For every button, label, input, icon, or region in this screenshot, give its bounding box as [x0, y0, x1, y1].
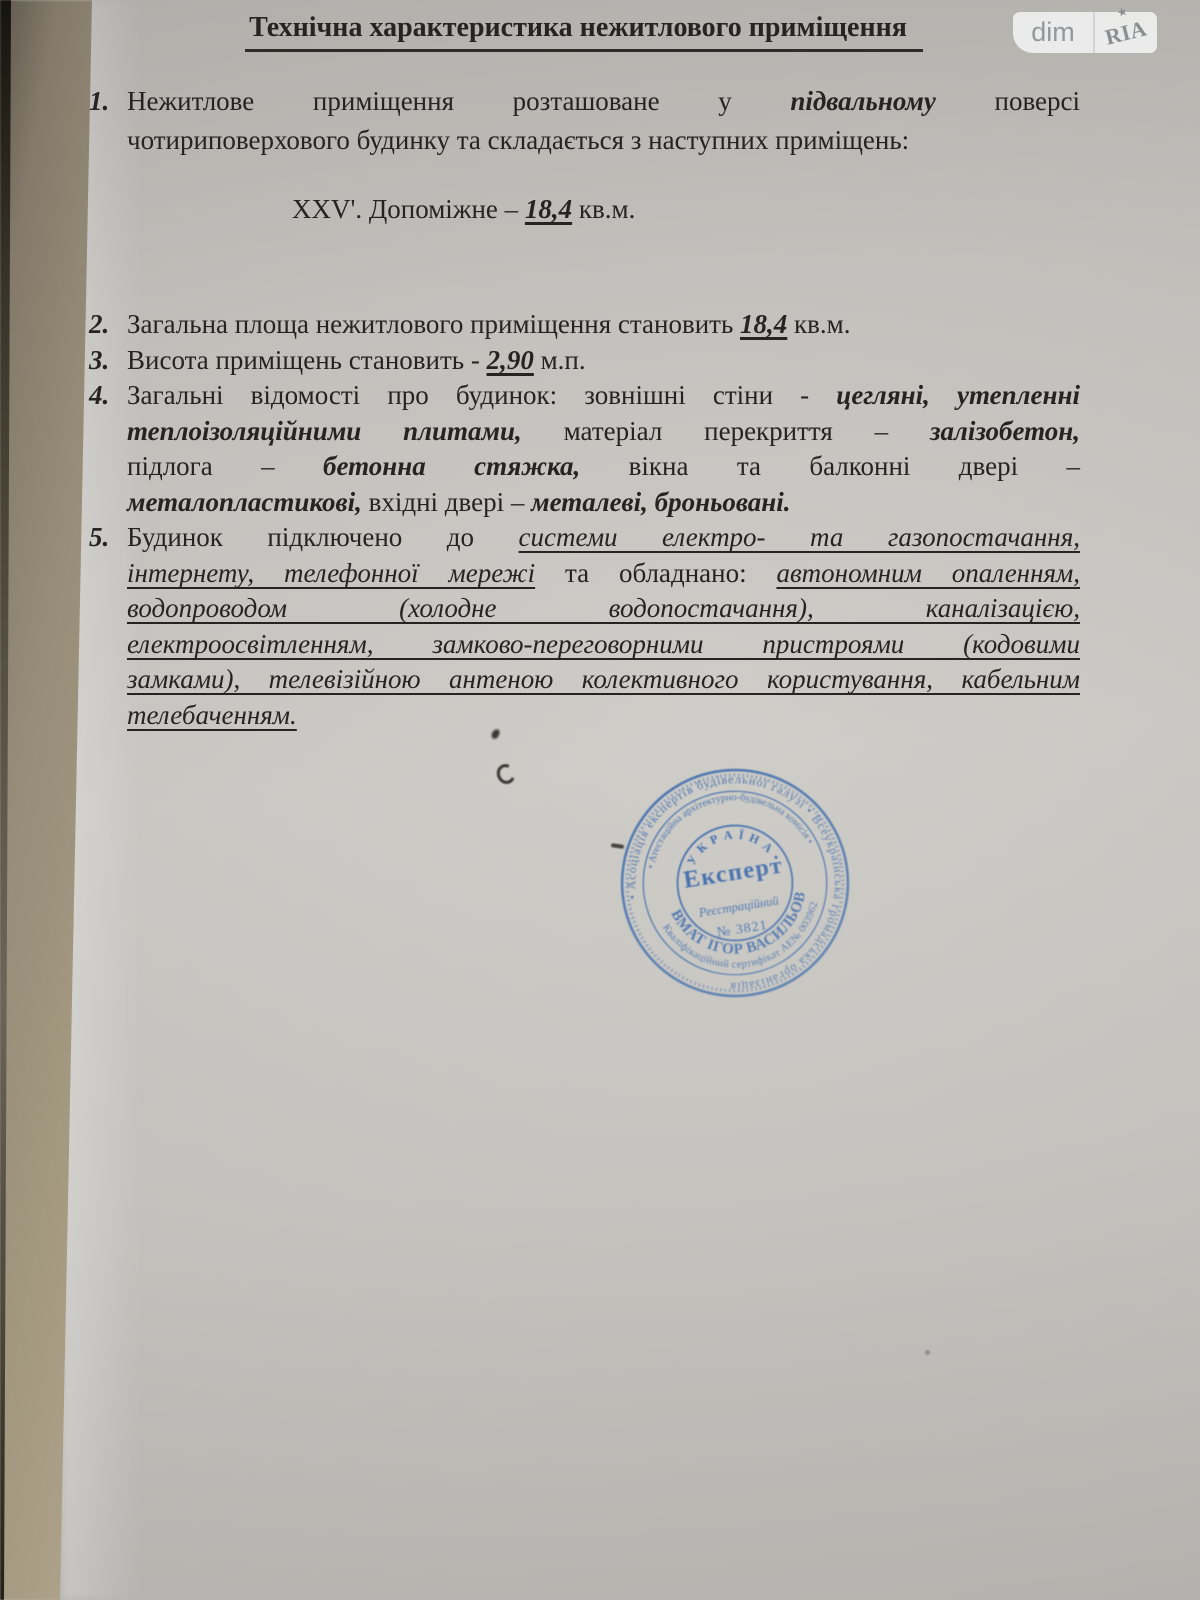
- dim-logo-text: dim: [1013, 12, 1095, 53]
- stamp-registration-label: Реєстраційний: [697, 894, 780, 921]
- item-number: 5.: [88, 520, 127, 733]
- text-segment: вікна та балконні двері –: [580, 451, 1080, 481]
- item-number: 3.: [88, 343, 127, 379]
- text-segment: цегляні, утепленні: [836, 380, 1080, 410]
- document-text-block: Технічна характеристика нежитлового прим…: [88, 10, 1080, 733]
- text-line: підлога – бетонна стяжка, вікна та балко…: [127, 449, 1080, 485]
- text-line: інтернету, телефонної мережі та обладнан…: [127, 556, 1080, 592]
- text-segment: автономним опаленням,: [776, 558, 1080, 588]
- text-segment: поверсі: [936, 86, 1080, 116]
- text-segment: Загальна площа нежитлового приміщення ст…: [127, 309, 740, 339]
- page-title: Технічна характеристика нежитлового прим…: [88, 10, 1080, 52]
- item-body: Нежитлове приміщення розташоване у підва…: [127, 82, 1080, 307]
- text-segment: Нежитлове приміщення розташоване у: [127, 86, 790, 116]
- item-body: Будинок підключено до системи електро- т…: [127, 520, 1080, 733]
- item-number: 4.: [88, 378, 127, 520]
- text-segment: Загальні відомості про будинок: зовнішні…: [127, 380, 836, 410]
- doc-item: 1.Нежитлове приміщення розташоване у під…: [88, 82, 1080, 307]
- text-segment: чотириповерхового будинку та складається…: [127, 125, 909, 155]
- text-line: водопроводом (холодне водопостачання), к…: [127, 591, 1080, 627]
- text-line: металопластикові, вхідні двері – металев…: [127, 485, 1080, 521]
- text-segment: 18,4: [525, 194, 572, 224]
- ria-logo-block: ★ RIA: [1095, 12, 1157, 53]
- text-line: чотириповерхового будинку та складається…: [127, 121, 1080, 160]
- ink-speck: [494, 762, 518, 787]
- text-segment: підвальному: [790, 86, 935, 116]
- text-line: Загальна площа нежитлового приміщення ст…: [127, 307, 1080, 343]
- text-segment: 2,90: [487, 345, 534, 375]
- text-segment: теплоізоляційними плитами,: [127, 416, 522, 446]
- page-title-text: Технічна характеристика нежитлового прим…: [245, 10, 923, 52]
- item-number: 1.: [88, 82, 127, 307]
- item-body: Загальна площа нежитлового приміщення ст…: [127, 307, 1080, 343]
- text-line: теплоізоляційними плитами, матеріал пере…: [127, 414, 1080, 450]
- text-line: Загальні відомості про будинок: зовнішні…: [127, 378, 1080, 414]
- doc-item: 2.Загальна площа нежитлового приміщення …: [88, 307, 1080, 343]
- text-segment: бетонна стяжка,: [323, 451, 580, 481]
- text-segment: Будинок підключено до: [127, 522, 519, 552]
- text-line: електроосвітленням, замково-переговорним…: [127, 627, 1080, 663]
- text-segment: водопроводом (холодне водопостачання), к…: [127, 593, 1080, 623]
- doc-item: 3.Висота приміщень становить - 2,90 м.п.: [88, 343, 1080, 379]
- document-items: 1.Нежитлове приміщення розташоване у під…: [88, 82, 1080, 733]
- text-segment: телебаченням.: [127, 700, 297, 730]
- expert-round-stamp: • Асоціація експертів будівельної галузі…: [597, 745, 874, 1022]
- text-segment: матеріал перекриття –: [522, 416, 930, 446]
- text-line: Будинок підключено до системи електро- т…: [127, 520, 1080, 556]
- ink-speck: [925, 1350, 930, 1355]
- dimria-watermark-logo: dim ★ RIA: [1013, 12, 1157, 53]
- text-line: замками), телевізійною антеною колективн…: [127, 662, 1080, 698]
- text-segment: Висота приміщень становить -: [127, 345, 487, 375]
- text-line: Нежитлове приміщення розташоване у підва…: [127, 82, 1080, 121]
- text-segment: металеві, броньовані.: [531, 487, 790, 517]
- text-segment: вхідні двері –: [362, 487, 531, 517]
- text-segment: замками), телевізійною антеною колективн…: [127, 664, 1080, 694]
- doc-item: 4.Загальні відомості про будинок: зовніш…: [88, 378, 1080, 520]
- text-segment: XXV'. Допоміжне –: [292, 194, 525, 224]
- text-line: Висота приміщень становить - 2,90 м.п.: [127, 343, 1080, 379]
- text-segment: електроосвітленням, замково-переговорним…: [127, 629, 1080, 659]
- text-segment: кв.м.: [572, 194, 635, 224]
- text-segment: 18,4: [740, 309, 787, 339]
- text-segment: залізобетон,: [930, 416, 1080, 446]
- scanned-document-photo: dim ★ RIA Технічна характеристика нежитл…: [0, 0, 1200, 1600]
- text-segment: м.п.: [534, 345, 586, 375]
- item-number: 2.: [88, 307, 127, 343]
- text-segment: системи електро- та газопостачання,: [519, 522, 1080, 552]
- text-line: телебаченням.: [127, 698, 1080, 734]
- item-body: Загальні відомості про будинок: зовнішні…: [127, 378, 1080, 520]
- text-segment: металопластикові,: [127, 487, 362, 517]
- doc-item: 5.Будинок підключено до системи електро-…: [88, 520, 1080, 733]
- text-segment: кв.м.: [787, 309, 850, 339]
- item-body: Висота приміщень становить - 2,90 м.п.: [127, 343, 1080, 379]
- text-segment: інтернету, телефонної мережі: [127, 558, 535, 588]
- text-segment: підлога –: [127, 451, 323, 481]
- ria-logo-text: RIA: [1103, 15, 1150, 50]
- text-segment: та обладнано:: [535, 558, 776, 588]
- sub-line: XXV'. Допоміжне – 18,4 кв.м.: [292, 192, 1080, 227]
